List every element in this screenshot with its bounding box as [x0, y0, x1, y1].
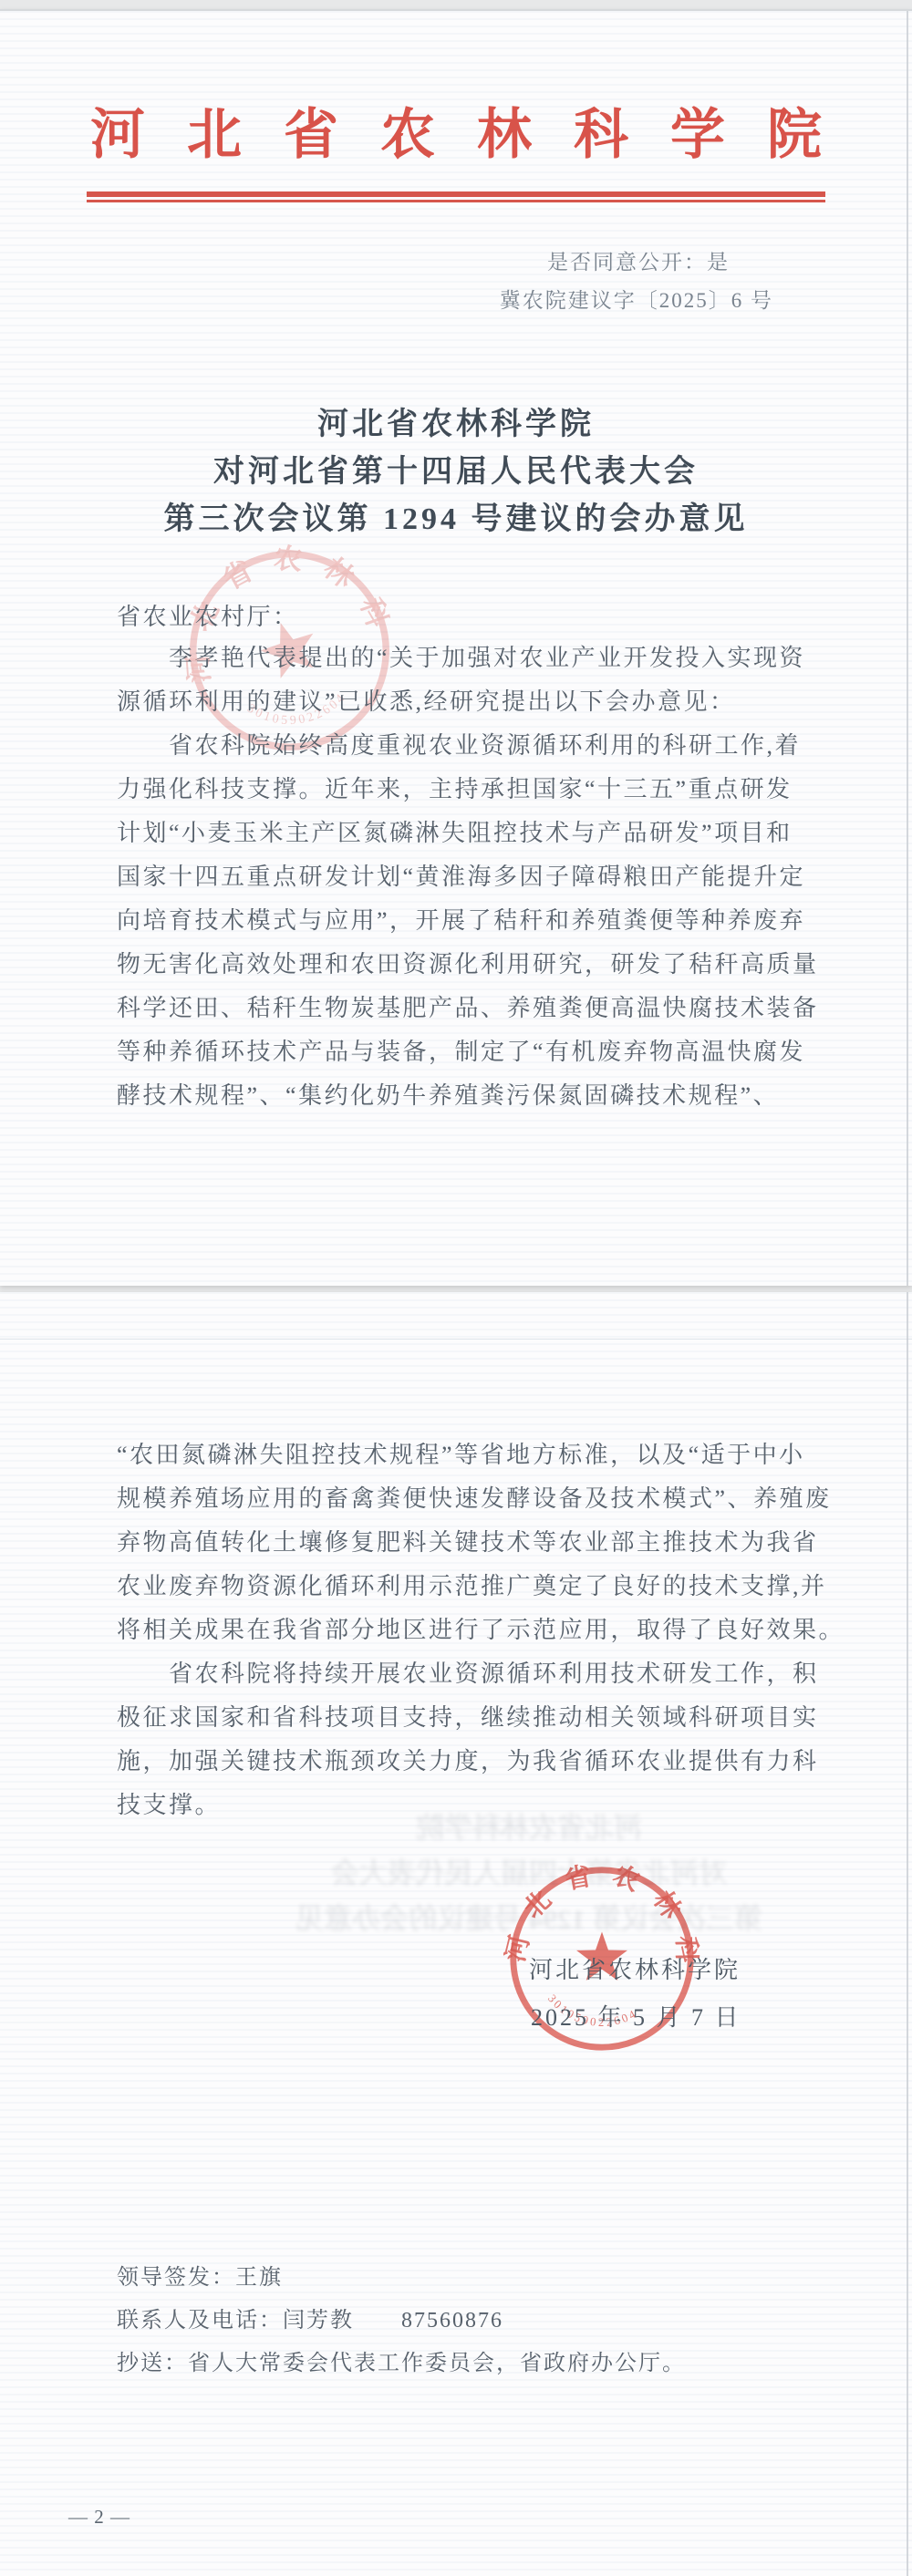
body-line: 李孝艳代表提出的“关于加强对农业产业开发投入实现资 — [117, 636, 810, 680]
body-line: 规模养殖场应用的畜禽粪便快速发酵设备及技术模式”、养殖废 — [117, 1477, 810, 1521]
body-line: 农业废弃物资源化循环利用示范推广奠定了良好的技术支撑,并 — [117, 1565, 810, 1609]
page-number: — 2 — — [68, 2506, 130, 2529]
document-title-line3: 第三次会议第 1294 号建议的会办意见 — [0, 496, 912, 543]
body-line: 施，加强关键技术瓶颈攻关力度，为我省循环农业提供有力科 — [117, 1740, 810, 1784]
body-line: 极征求国家和省科技项目支持，继续推动相关领域科研项目实 — [117, 1696, 810, 1740]
body-line: 省农科院将持续开展农业资源循环利用技术研发工作，积 — [117, 1652, 810, 1696]
divider-thick-line — [87, 191, 825, 197]
bleed-line: 河北省农林科学院 — [219, 1805, 839, 1851]
document-title-line1: 河北省农林科学院 — [0, 401, 912, 449]
document-title: 河北省农林科学院 对河北省第十四届人民代表大会 第三次会议第 1294 号建议的… — [0, 401, 912, 543]
body-line: 国家十四五重点研发计划“黄淮海多因子障碍粮田产能提升定 — [117, 855, 810, 899]
body-line: 等种养循环技术产品与装备，制定了“有机废弃物高温快腐发 — [117, 1030, 810, 1074]
signature-date: 2025 年 5 月 7 日 — [531, 1999, 741, 2033]
scanned-page-2: “农田氮磷淋失阻控技术规程”等省地方标准，以及“适于中小 规模养殖场应用的畜禽粪… — [0, 1292, 912, 2576]
body-line: 将相关成果在我省部分地区进行了示范应用，取得了良好效果。 — [117, 1609, 810, 1652]
footer-contact-line: 联系人及电话：闫芳教 87560876 — [117, 2302, 503, 2333]
scan-edge-artifact — [907, 1292, 908, 2576]
body-line: 物无害化高效处理和农田资源化利用研究，研发了秸秆高质量 — [117, 943, 810, 987]
body-line: 酵技术规程”、“集约化奶牛养殖粪污保氮固磷技术规程”、 — [117, 1074, 810, 1118]
body-line: 计划“小麦玉米主产区氮磷淋失阻控技术与产品研发”项目和 — [117, 812, 810, 855]
body-line: 科学还田、秸秆生物炭基肥产品、养殖粪便高温快腐技术装备 — [117, 987, 810, 1030]
doc-number: 冀农院建议字〔2025〕6 号 — [500, 284, 773, 314]
body-text-page1: 李孝艳代表提出的“关于加强对农业产业开发投入实现资 源循环利用的建议”已收悉,经… — [117, 636, 810, 1118]
footer-signer-line: 领导签发：王旗 — [117, 2259, 283, 2291]
divider-thin-line — [87, 200, 825, 202]
footer-cc-line: 抄送：省人大常委会代表工作委员会，省政府办公厅。 — [117, 2344, 686, 2376]
body-text-page2: “农田氮磷淋失阻控技术规程”等省地方标准，以及“适于中小 规模养殖场应用的畜禽粪… — [117, 1433, 810, 1827]
body-line: 力强化科技支撑。近年来，主持承担国家“十三五”重点研发 — [117, 768, 810, 812]
document-title-line2: 对河北省第十四届人民代表大会 — [0, 449, 912, 496]
publicity-line: 是否同意公开：是 — [547, 245, 730, 275]
body-line: 源循环利用的建议”已收悉,经研究提出以下会办意见： — [117, 680, 810, 724]
body-line: “农田氮磷淋失阻控技术规程”等省地方标准，以及“适于中小 — [117, 1433, 810, 1477]
letterhead-divider — [87, 191, 825, 202]
scanned-page-1: 河北省农林科学院 是否同意公开：是 冀农院建议字〔2025〕6 号 河北省农林科… — [0, 9, 912, 1286]
signature-org: 河北省农林科学院 — [529, 1951, 741, 1985]
body-line: 省农科院始终高度重视农业资源循环利用的科研工作,着 — [117, 724, 810, 768]
scan-line-artifact — [0, 1339, 912, 1340]
scan-edge-artifact — [907, 11, 908, 1286]
letterhead-title: 河北省农林科学院 — [0, 91, 912, 170]
salutation: 省农业农村厅： — [117, 598, 299, 632]
body-line: 弃物高值转化土壤修复肥料关键技术等农业部主推技术为我省 — [117, 1521, 810, 1565]
body-line: 向培育技术模式与应用”，开展了秸秆和养殖粪便等种养废弃 — [117, 899, 810, 943]
